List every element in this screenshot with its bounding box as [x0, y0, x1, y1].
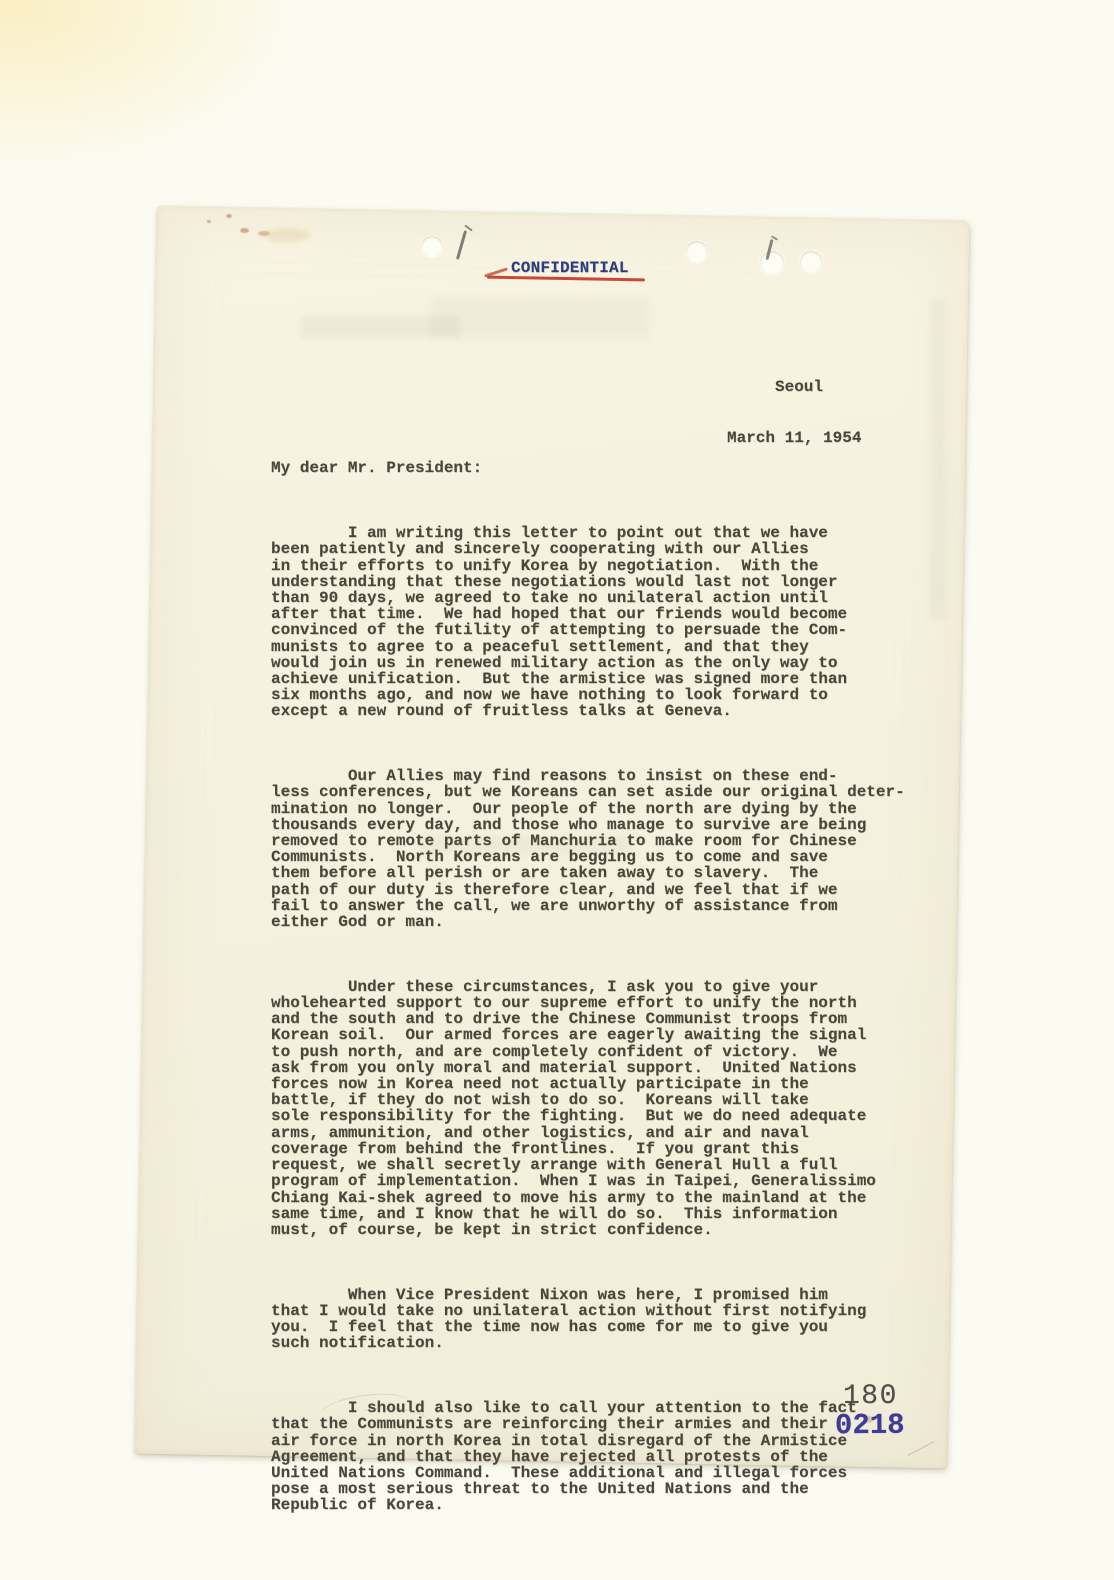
letter-body: My dear Mr. President: I am writing this… — [271, 428, 905, 1546]
paragraph-2: Our Allies may find reasons to insist on… — [271, 768, 905, 930]
paragraph-3: Under these circumstances, I ask you to … — [271, 979, 905, 1238]
classification-header: CONFIDENTIAL — [511, 259, 629, 277]
scanned-letter-canvas: CONFIDENTIAL Seoul March 11, 1954 My dea… — [0, 0, 1114, 1580]
page-number-stamp: 180 — [843, 1381, 898, 1412]
dateline-place: Seoul — [727, 379, 861, 396]
salutation: My dear Mr. President: — [271, 460, 905, 476]
rust-stain — [240, 228, 249, 233]
punch-hole — [421, 236, 443, 258]
rust-stain — [226, 214, 232, 218]
punch-hole — [686, 241, 708, 263]
paragraph-1: I am writing this letter to point out th… — [271, 525, 905, 719]
punch-hole — [760, 251, 784, 275]
rust-stain — [207, 220, 211, 223]
punch-hole — [800, 251, 822, 273]
catalog-number-stamp: 0218 — [835, 1409, 905, 1442]
age-smudge — [264, 228, 310, 242]
paragraph-4: When Vice President Nixon was here, I pr… — [271, 1287, 905, 1352]
